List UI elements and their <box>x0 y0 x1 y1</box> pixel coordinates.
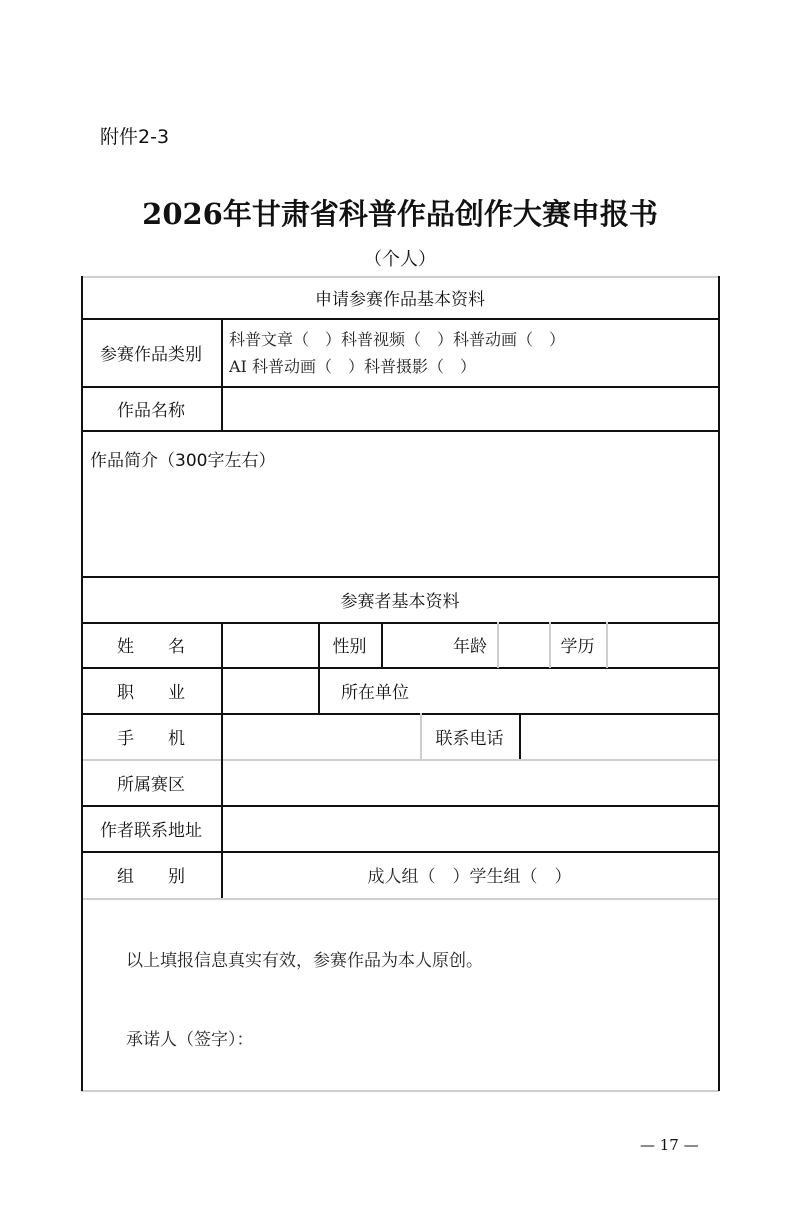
education-field[interactable] <box>606 622 718 667</box>
mobile-field[interactable] <box>221 713 420 759</box>
work-intro-field[interactable]: 作品简介（300字左右） <box>81 430 718 576</box>
work-name-field[interactable] <box>221 386 718 430</box>
work-intro-label: 作品简介（300字左右） <box>90 446 275 471</box>
phone-field[interactable] <box>519 713 718 759</box>
address-label: 作者联系地址 <box>81 805 221 851</box>
page-subtitle: （个人） <box>0 245 800 271</box>
declaration-statement: 以上填报信息真实有效，参赛作品为本人原创。 <box>126 944 483 972</box>
category-options[interactable]: 科普文章（ ）科普视频（ ）科普动画（ ） AI 科普动画（ ）科普摄影（ ） <box>221 318 718 386</box>
signature-label: 承诺人（签字）： <box>126 1023 254 1051</box>
table-border <box>718 276 720 1091</box>
age-field[interactable] <box>497 622 549 667</box>
region-label: 所属赛区 <box>81 759 221 805</box>
name-field[interactable] <box>221 622 318 667</box>
page-title: 2026年甘肃省科普作品创作大赛申报书 <box>0 192 800 233</box>
category-options-line1[interactable]: 科普文章（ ）科普视频（ ）科普动画（ ） <box>229 327 565 350</box>
category-options-line2[interactable]: AI 科普动画（ ）科普摄影（ ） <box>229 354 476 377</box>
group-label: 组 别 <box>81 851 221 898</box>
page-number: — 17 — <box>640 1136 699 1154</box>
attachment-label: 附件2-3 <box>100 122 169 149</box>
section-heading-participant: 参赛者基本资料 <box>81 576 719 622</box>
table-border <box>81 1090 719 1092</box>
name-label: 姓 名 <box>81 622 221 667</box>
group-options-text[interactable]: 成人组（ ）学生组（ ） <box>368 862 572 887</box>
address-field[interactable] <box>221 805 718 851</box>
region-field[interactable] <box>221 759 718 805</box>
table-border <box>81 898 719 900</box>
gender-label: 性别 <box>318 622 381 667</box>
education-label: 学历 <box>549 622 606 667</box>
category-label: 参赛作品类别 <box>81 318 221 386</box>
section-heading-work: 申请参赛作品基本资料 <box>81 276 719 318</box>
mobile-label: 手 机 <box>81 713 221 759</box>
signature-field[interactable] <box>290 1018 690 1054</box>
work-name-label: 作品名称 <box>81 386 221 430</box>
group-options[interactable]: 成人组（ ）学生组（ ） <box>221 851 718 898</box>
employer-label[interactable]: 所在单位 <box>318 667 718 713</box>
age-label: 年龄 <box>381 622 497 667</box>
occupation-field[interactable] <box>221 667 318 713</box>
occupation-label: 职 业 <box>81 667 221 713</box>
phone-label: 联系电话 <box>420 713 519 759</box>
